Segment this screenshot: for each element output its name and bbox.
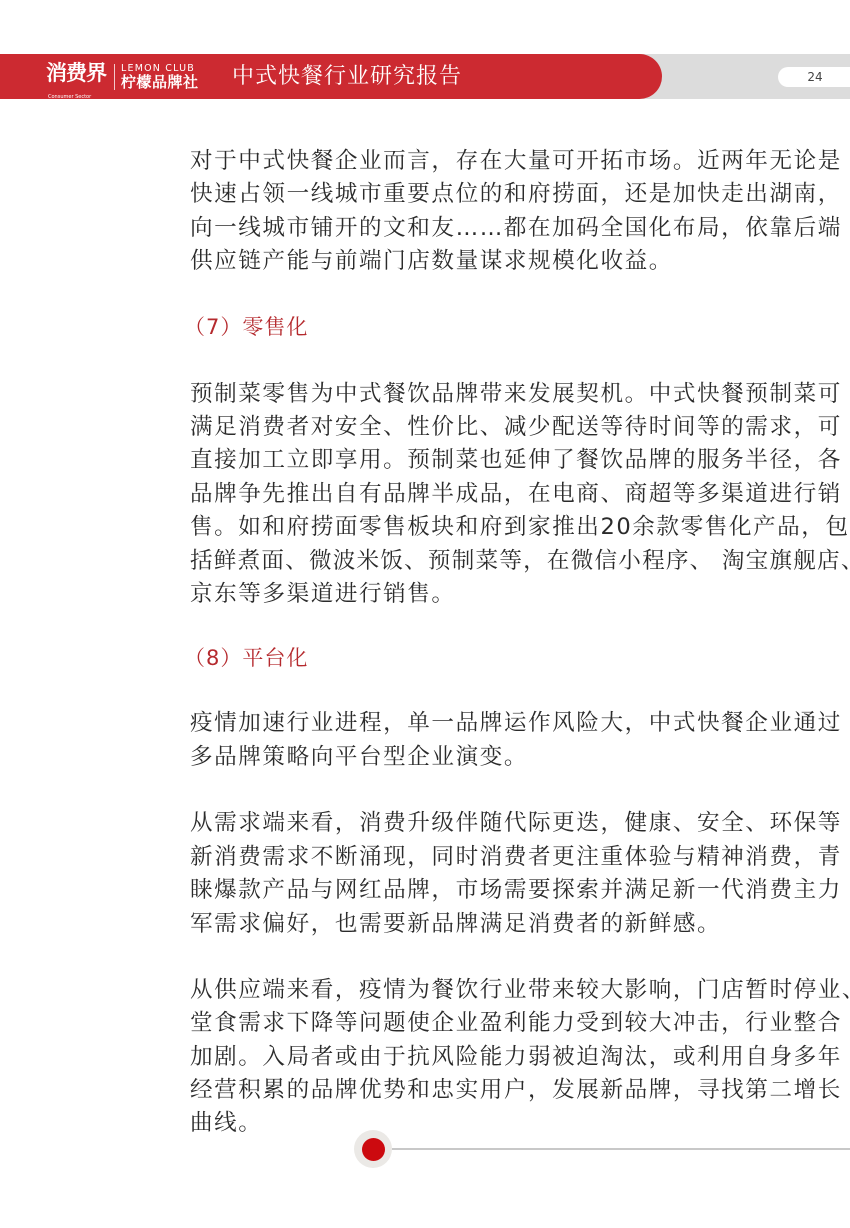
paragraph-line: 多品牌策略向平台型企业演变。 bbox=[190, 743, 528, 771]
paragraph-line: 睐爆款产品与网红品牌，市场需要探索并满足新一代消费主力 bbox=[190, 876, 842, 904]
paragraph-line: 军需求偏好，也需要新品牌满足消费者的新鲜感。 bbox=[190, 910, 721, 938]
section-heading-retail: （7）零售化 bbox=[184, 313, 308, 341]
paragraph-line: 京东等多渠道进行销售。 bbox=[190, 580, 456, 608]
paragraph-line: 预制菜零售为中式餐饮品牌带来发展契机。中式快餐预制菜可 bbox=[190, 380, 842, 408]
brand-logo: 消费界 Consumer Sector LEMON CLUB 柠檬品牌社 bbox=[46, 59, 199, 95]
footer-red-dot-icon bbox=[362, 1138, 385, 1161]
logo-consumer-sector: 消费界 Consumer Sector bbox=[46, 62, 106, 84]
logo-divider bbox=[114, 64, 115, 90]
logo-name: 消费界 bbox=[46, 60, 106, 85]
logo-club-cn: 柠檬品牌社 bbox=[121, 75, 199, 90]
logo-subtitle: Consumer Sector bbox=[48, 86, 91, 108]
report-title: 中式快餐行业研究报告 bbox=[232, 63, 462, 90]
paragraph-line: 向一线城市铺开的文和友……都在加码全国化布局，依靠后端 bbox=[190, 214, 842, 242]
paragraph-line: 经营积累的品牌优势和忠实用户，发展新品牌，寻找第二增长 bbox=[190, 1076, 842, 1104]
section-heading-platform: （8）平台化 bbox=[184, 644, 308, 672]
paragraph-line: 加剧。入局者或由于抗风险能力弱被迫淘汰，或利用自身多年 bbox=[190, 1043, 842, 1071]
footer-rule bbox=[392, 1148, 850, 1150]
paragraph-line: 满足消费者对安全、性价比、减少配送等待时间等的需求，可 bbox=[190, 413, 842, 441]
logo-lemon-club: LEMON CLUB 柠檬品牌社 bbox=[121, 64, 199, 91]
paragraph-line: 品牌争先推出自有品牌半成品，在电商、商超等多渠道进行销 bbox=[190, 480, 842, 508]
paragraph-line: 供应链产能与前端门店数量谋求规模化收益。 bbox=[190, 247, 673, 275]
logo-club-en: LEMON CLUB bbox=[121, 64, 199, 74]
paragraph-line: 括鲜煮面、微波米饭、预制菜等，在微信小程序、 淘宝旗舰店、 bbox=[190, 547, 850, 575]
paragraph-line: 堂食需求下降等问题使企业盈利能力受到较大冲击，行业整合 bbox=[190, 1009, 842, 1037]
paragraph-line: 从需求端来看，消费升级伴随代际更迭，健康、安全、环保等 bbox=[190, 809, 842, 837]
page-number: 24 bbox=[778, 67, 850, 87]
paragraph-line: 对于中式快餐企业而言，存在大量可开拓市场。近两年无论是 bbox=[190, 147, 842, 175]
paragraph-line: 快速占领一线城市重要点位的和府捞面，还是加快走出湖南， bbox=[190, 180, 842, 208]
paragraph-line: 曲线。 bbox=[190, 1109, 262, 1137]
paragraph-line: 从供应端来看，疫情为餐饮行业带来较大影响，门店暂时停业、 bbox=[190, 976, 850, 1004]
paragraph-line: 疫情加速行业进程，单一品牌运作风险大，中式快餐企业通过 bbox=[190, 709, 842, 737]
report-header: 消费界 Consumer Sector LEMON CLUB 柠檬品牌社 中式快… bbox=[0, 54, 850, 99]
paragraph-line: 售。如和府捞面零售板块和府到家推出20余款零售化产品，包 bbox=[190, 513, 850, 541]
paragraph-line: 直接加工立即享用。预制菜也延伸了餐饮品牌的服务半径，各 bbox=[190, 446, 842, 474]
paragraph-line: 新消费需求不断涌现，同时消费者更注重体验与精神消费，青 bbox=[190, 843, 842, 871]
